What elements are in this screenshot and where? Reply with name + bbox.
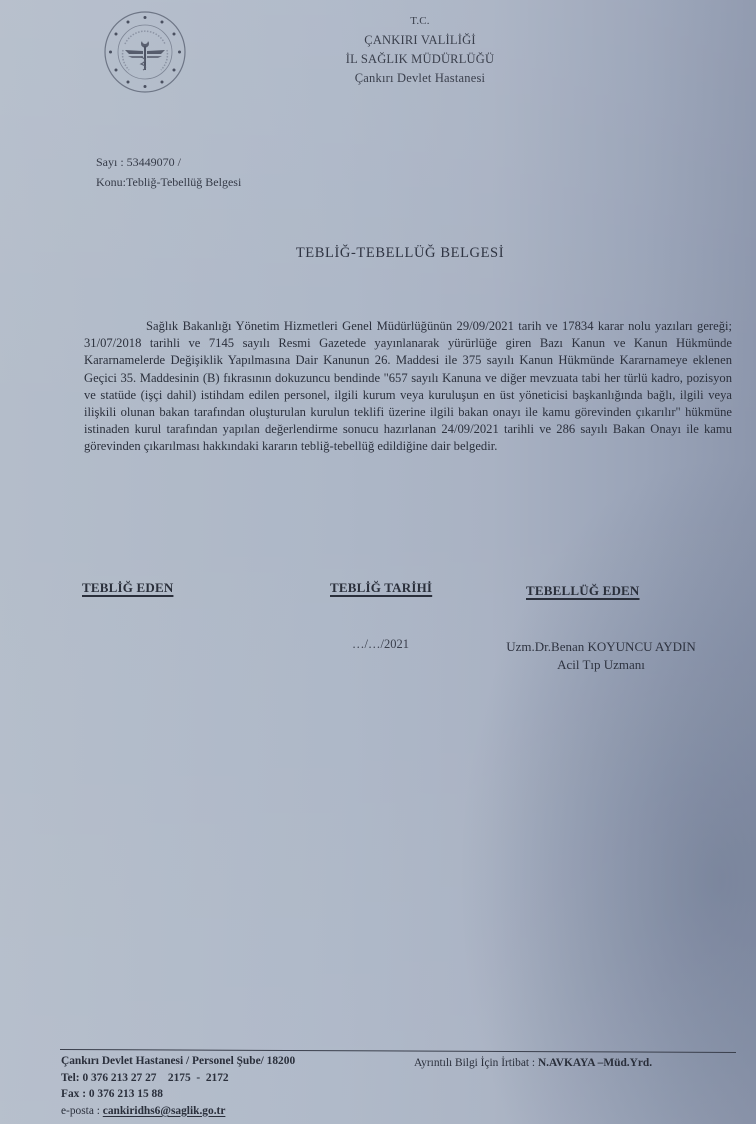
letterhead-tc: T.C. [300, 12, 540, 31]
reference-number: Sayı : 53449070 / [96, 152, 241, 172]
letterhead-hospital: Çankırı Devlet Hastanesi [300, 69, 540, 88]
email-link[interactable]: cankiridhs6@saglik.go.tr [103, 1105, 226, 1117]
recipient-name: Uzm.Dr.Benan KOYUNCU AYDIN [476, 638, 726, 656]
letterhead: T.C. ÇANKIRI VALİLİĞİ İL SAĞLIK MÜDÜRLÜĞ… [300, 12, 540, 88]
subject-line: Konu:Tebliğ-Tebellüğ Belgesi [96, 172, 241, 192]
notifier-heading: TEBLİĞ EDEN [82, 580, 173, 596]
recipient-title: Acil Tıp Uzmanı [476, 656, 726, 674]
document-body: Sağlık Bakanlığı Yönetim Hizmetleri Gene… [84, 318, 732, 456]
recipient-signature: Uzm.Dr.Benan KOYUNCU AYDIN Acil Tıp Uzma… [476, 638, 726, 674]
fax-value: 0 376 213 15 88 [89, 1088, 163, 1100]
fax-label: Fax : [61, 1088, 86, 1100]
phone-label: Tel: [61, 1072, 80, 1084]
ministry-of-health-emblem-icon [103, 10, 187, 94]
notification-date-heading: TEBLİĞ TARİHİ [330, 580, 432, 596]
letterhead-directorate: İL SAĞLIK MÜDÜRLÜĞÜ [300, 50, 540, 69]
document-references: Sayı : 53449070 / Konu:Tebliğ-Tebellüğ B… [96, 152, 241, 192]
contact-person: N.AVKAYA –Müd.Yrd. [538, 1057, 652, 1069]
document-title: TEBLİĞ-TEBELLÜĞ BELGESİ [0, 245, 756, 262]
contact-label: Ayrıntılı Bilgi İçin İrtibat : [414, 1057, 535, 1069]
letterhead-governorship: ÇANKIRI VALİLİĞİ [300, 31, 540, 50]
footer-fax: Fax : 0 376 213 15 88 [61, 1086, 295, 1103]
notification-date-blank: …/…/2021 [352, 637, 409, 652]
recipient-heading: TEBELLÜĞ EDEN [526, 583, 640, 599]
footer-address: Çankırı Devlet Hastanesi / Personel Şube… [61, 1053, 295, 1070]
email-label: e-posta : [61, 1105, 100, 1117]
footer-contact-info: Çankırı Devlet Hastanesi / Personel Şube… [61, 1053, 295, 1119]
footer-contact-person: Ayrıntılı Bilgi İçin İrtibat : N.AVKAYA … [414, 1057, 652, 1069]
footer-email: e-posta : cankiridhs6@saglik.go.tr [61, 1103, 295, 1120]
phone-value: 0 376 213 27 27 2175 - 2172 [82, 1072, 228, 1084]
footer-phone: Tel: 0 376 213 27 27 2175 - 2172 [61, 1070, 295, 1087]
